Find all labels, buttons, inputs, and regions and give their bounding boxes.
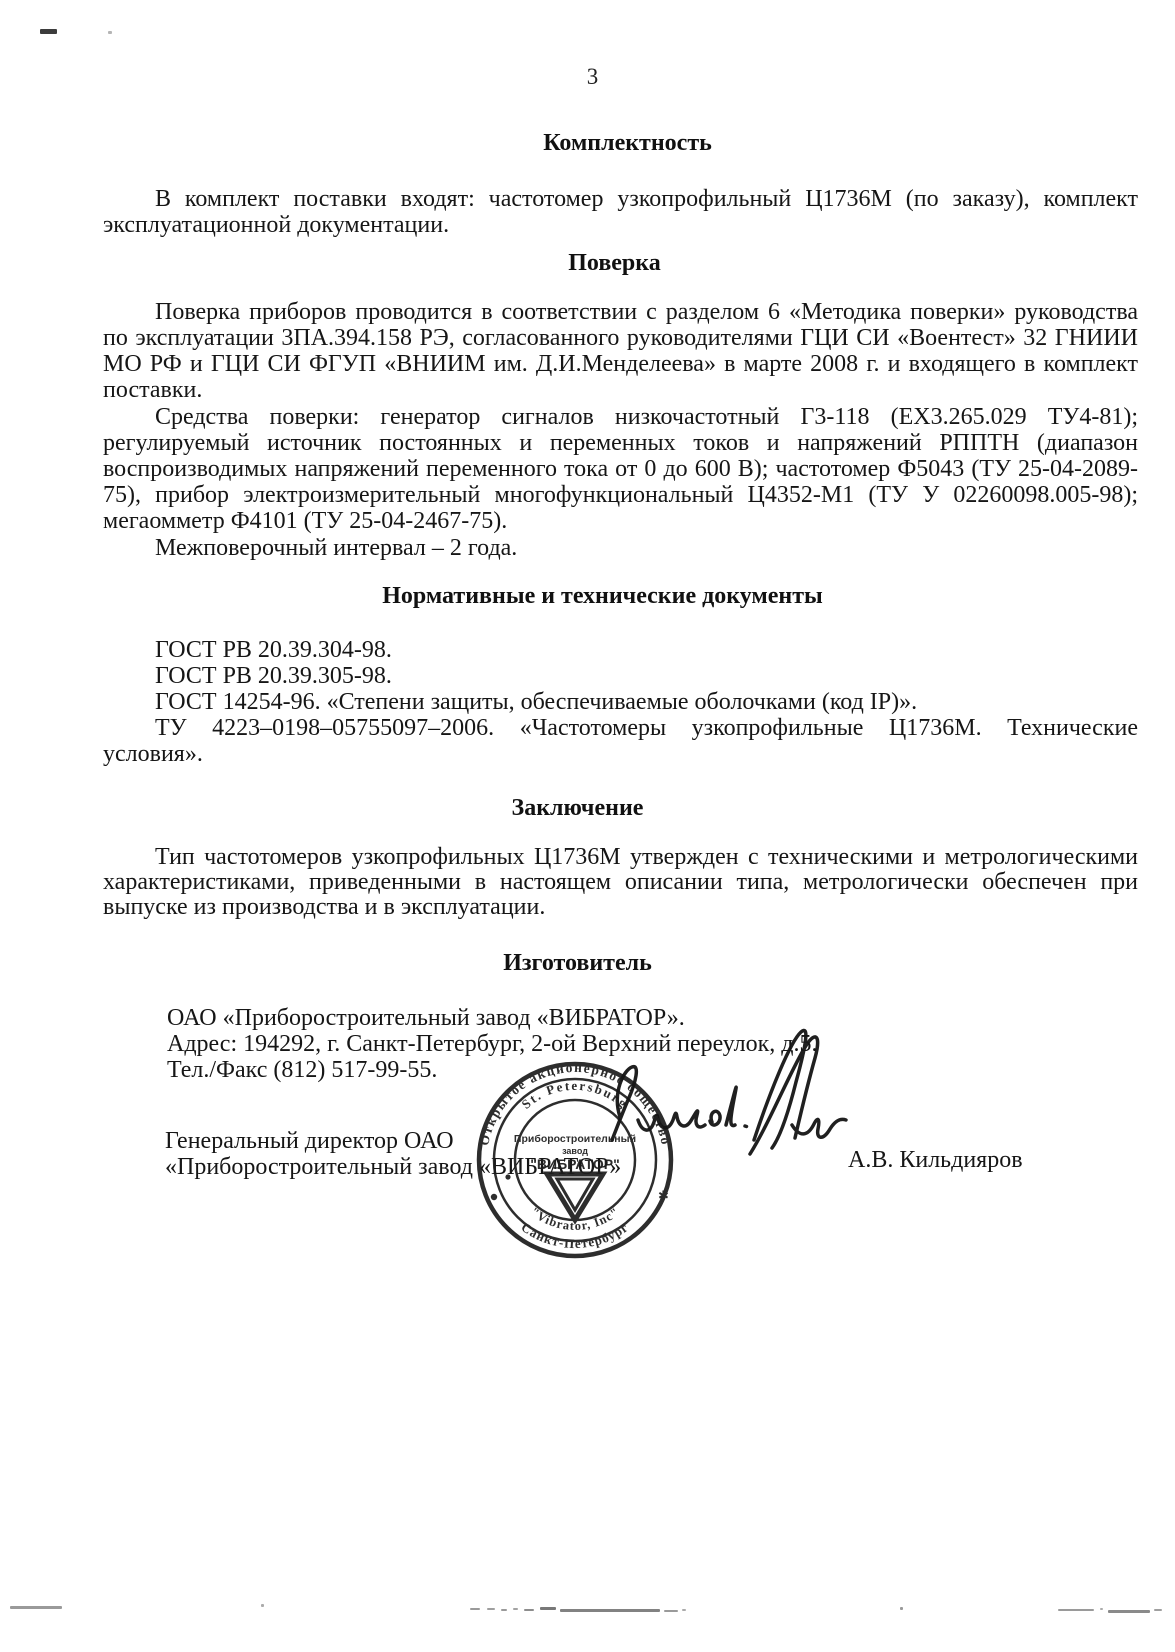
seal-dot-left-outer — [491, 1194, 497, 1200]
paragraph-zaklyuchenie: Тип частотомеров узкопрофильных Ц1736М у… — [103, 845, 1138, 920]
paragraph-komplektnost: В комплект поставки входят: частотомер у… — [103, 186, 1138, 238]
scan-artifact — [470, 1608, 480, 1610]
scan-artifact — [560, 1609, 660, 1612]
page-number: 3 — [5, 64, 1175, 90]
scan-artifact — [108, 31, 112, 34]
document-item: ТУ 4223–0198–05755097–2006. «Частотомеры… — [103, 715, 1138, 767]
heading-documents: Нормативные и технические документы — [15, 583, 1175, 610]
paragraph-poverka-means: Средства поверки: генератор сигналов низ… — [103, 404, 1138, 534]
heading-poverka: Поверка — [27, 250, 1175, 277]
document-item: ГОСТ 14254-96. «Степени защиты, обеспечи… — [103, 689, 1138, 715]
heading-komplektnost: Комплектность — [40, 130, 1175, 157]
paragraph-poverka-method: Поверка приборов проводится в соответств… — [103, 299, 1138, 403]
document-item: ГОСТ РВ 20.39.305-98. — [103, 663, 1138, 689]
seal-dot-left-inner — [505, 1174, 510, 1179]
scan-artifact — [501, 1609, 507, 1611]
document-item: ГОСТ РВ 20.39.304-98. — [103, 637, 1138, 663]
document-page: 3 Комплектность В комплект поставки вход… — [0, 0, 1175, 1652]
heading-izgotovitel: Изготовитель — [0, 950, 1165, 977]
signer-name: А.В. Кильдияров — [848, 1147, 1023, 1174]
scan-artifact — [540, 1607, 556, 1610]
scan-artifact — [900, 1607, 903, 1610]
scan-artifact — [1108, 1610, 1150, 1613]
scan-artifact — [1100, 1608, 1103, 1610]
scan-artifact — [513, 1608, 518, 1610]
scan-artifact — [40, 29, 57, 34]
scan-artifact — [1154, 1609, 1162, 1611]
heading-zaklyuchenie: Заключение — [0, 795, 1165, 822]
scan-artifact — [10, 1606, 62, 1609]
scan-artifact — [487, 1608, 495, 1610]
scan-artifact — [682, 1609, 686, 1611]
scan-artifact — [1058, 1609, 1094, 1611]
paragraph-poverka-interval: Межповерочный интервал – 2 года. — [103, 535, 1138, 561]
seal-center-line2: завод — [562, 1146, 588, 1156]
documents-list: ГОСТ РВ 20.39.304-98. ГОСТ РВ 20.39.305-… — [103, 637, 1138, 767]
seal-triangle-logo-icon — [547, 1174, 603, 1220]
signature-strokes — [612, 1030, 846, 1154]
scan-artifact — [664, 1610, 678, 1612]
seal-asterisk-right: ✱ — [658, 1188, 669, 1203]
scan-artifact — [524, 1609, 534, 1611]
scan-artifact — [261, 1604, 264, 1607]
signature-scribble — [602, 1022, 852, 1162]
